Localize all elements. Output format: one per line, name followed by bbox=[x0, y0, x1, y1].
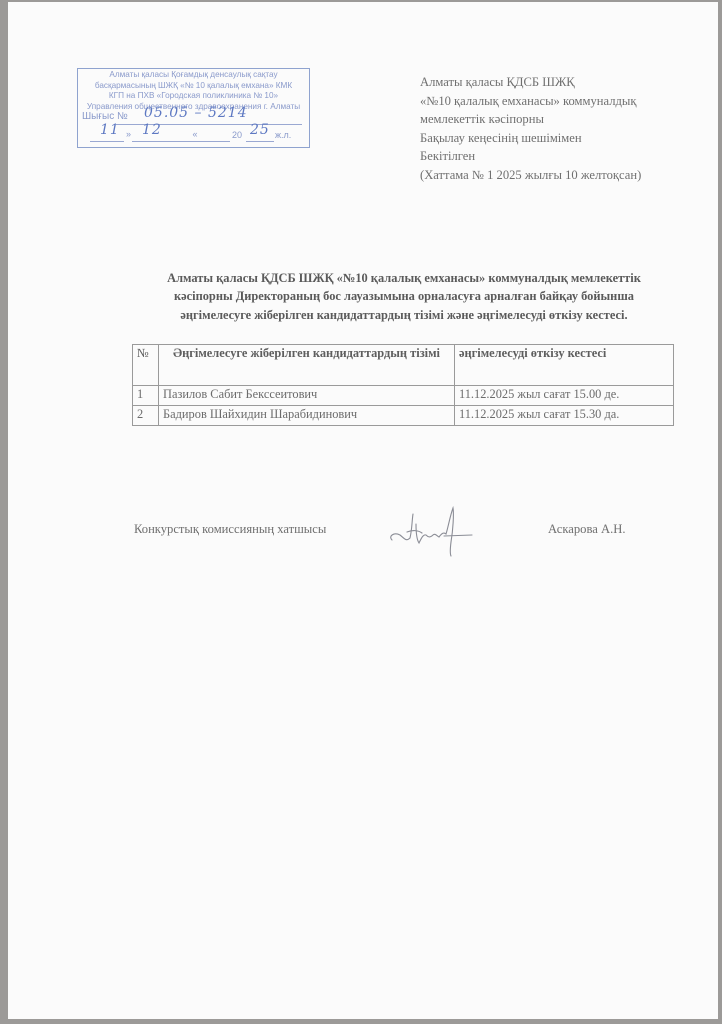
title-line: кәсіпорны Директораның бос лауазымына ор… bbox=[126, 287, 682, 305]
stamp-date-suffix: ж.л. bbox=[275, 130, 291, 141]
cell-schedule: 11.12.2025 жыл сағат 15.00 де. bbox=[455, 386, 674, 406]
stamp-quote-close: » bbox=[126, 129, 131, 140]
header-number: № bbox=[133, 345, 159, 386]
document-title: Алматы қаласы ҚДСБ ШЖҚ «№10 қалалық емха… bbox=[126, 269, 682, 324]
approval-line: мемлекеттік кәсіпорны bbox=[420, 110, 641, 129]
cell-number: 2 bbox=[133, 406, 159, 426]
title-line: Алматы қаласы ҚДСБ ШЖҚ «№10 қалалық емха… bbox=[126, 269, 682, 287]
cell-candidate: Пазилов Сабит Бекссеитович bbox=[159, 386, 455, 406]
stamp-month-underline bbox=[132, 141, 230, 142]
stamp-year-underline bbox=[246, 141, 274, 142]
cell-schedule: 11.12.2025 жыл сағат 15.30 да. bbox=[455, 406, 674, 426]
cell-candidate: Бадиров Шайхидин Шарабидинович bbox=[159, 406, 455, 426]
stamp-date-row: « 11 » 12 20 25 ж.л. bbox=[82, 129, 308, 140]
stamp-line: басқармасының ШЖҚ «№ 10 қалалық емхана» … bbox=[78, 81, 309, 92]
registration-stamp: Алматы қаласы Қоғамдық денсаулық сақтау … bbox=[77, 68, 310, 148]
cell-number: 1 bbox=[133, 386, 159, 406]
table-row: 1 Пазилов Сабит Бекссеитович 11.12.2025 … bbox=[133, 386, 674, 406]
approval-line: Алматы қаласы ҚДСБ ШЖҚ bbox=[420, 73, 641, 92]
stamp-reg-number: 05.05 – 5214 bbox=[144, 108, 248, 119]
approval-line: «№10 қалалық емханасы» коммуналдық bbox=[420, 92, 641, 111]
stamp-day-underline bbox=[90, 141, 124, 142]
secretary-name: Аскарова А.Н. bbox=[548, 522, 626, 537]
stamp-date-century: 20 bbox=[232, 130, 242, 141]
header-candidates: Әңгімелесуге жіберілген кандидаттардың т… bbox=[159, 345, 455, 386]
table-row: 2 Бадиров Шайхидин Шарабидинович 11.12.2… bbox=[133, 406, 674, 426]
table-header-row: № Әңгімелесуге жіберілген кандидаттардың… bbox=[133, 345, 674, 386]
secretary-role: Конкурстық комиссияның хатшысы bbox=[134, 522, 326, 537]
stamp-date-year: 25 bbox=[250, 125, 270, 136]
stamp-date-month: 12 bbox=[142, 125, 162, 136]
approval-line: Бақылау кеңесінің шешімімен bbox=[420, 129, 641, 148]
title-line: әңгімелесуге жіберілген кандидаттардың т… bbox=[126, 306, 682, 324]
stamp-line: Алматы қаласы Қоғамдық денсаулық сақтау bbox=[78, 70, 309, 81]
approval-block: Алматы қаласы ҚДСБ ШЖҚ «№10 қалалық емха… bbox=[420, 73, 641, 185]
stamp-quote-open: « bbox=[192, 129, 197, 139]
stamp-line: КГП на ПХВ «Городская поликлиника № 10» bbox=[78, 91, 309, 102]
stamp-registration-row: Шығыс № 05.05 – 5214 bbox=[82, 112, 128, 123]
handwritten-signature bbox=[386, 502, 486, 558]
approval-line: (Хаттама № 1 2025 жылғы 10 желтоқсан) bbox=[420, 166, 641, 185]
approval-line: Бекітілген bbox=[420, 147, 641, 166]
header-schedule: әңгімелесуді өткізу кестесі bbox=[455, 345, 674, 386]
candidates-table: № Әңгімелесуге жіберілген кандидаттардың… bbox=[132, 344, 674, 426]
stamp-date-day: 11 bbox=[100, 125, 120, 136]
stamp-reg-label: Шығыс № bbox=[82, 111, 128, 122]
document-page: Алматы қаласы Қоғамдық денсаулық сақтау … bbox=[8, 2, 718, 1019]
